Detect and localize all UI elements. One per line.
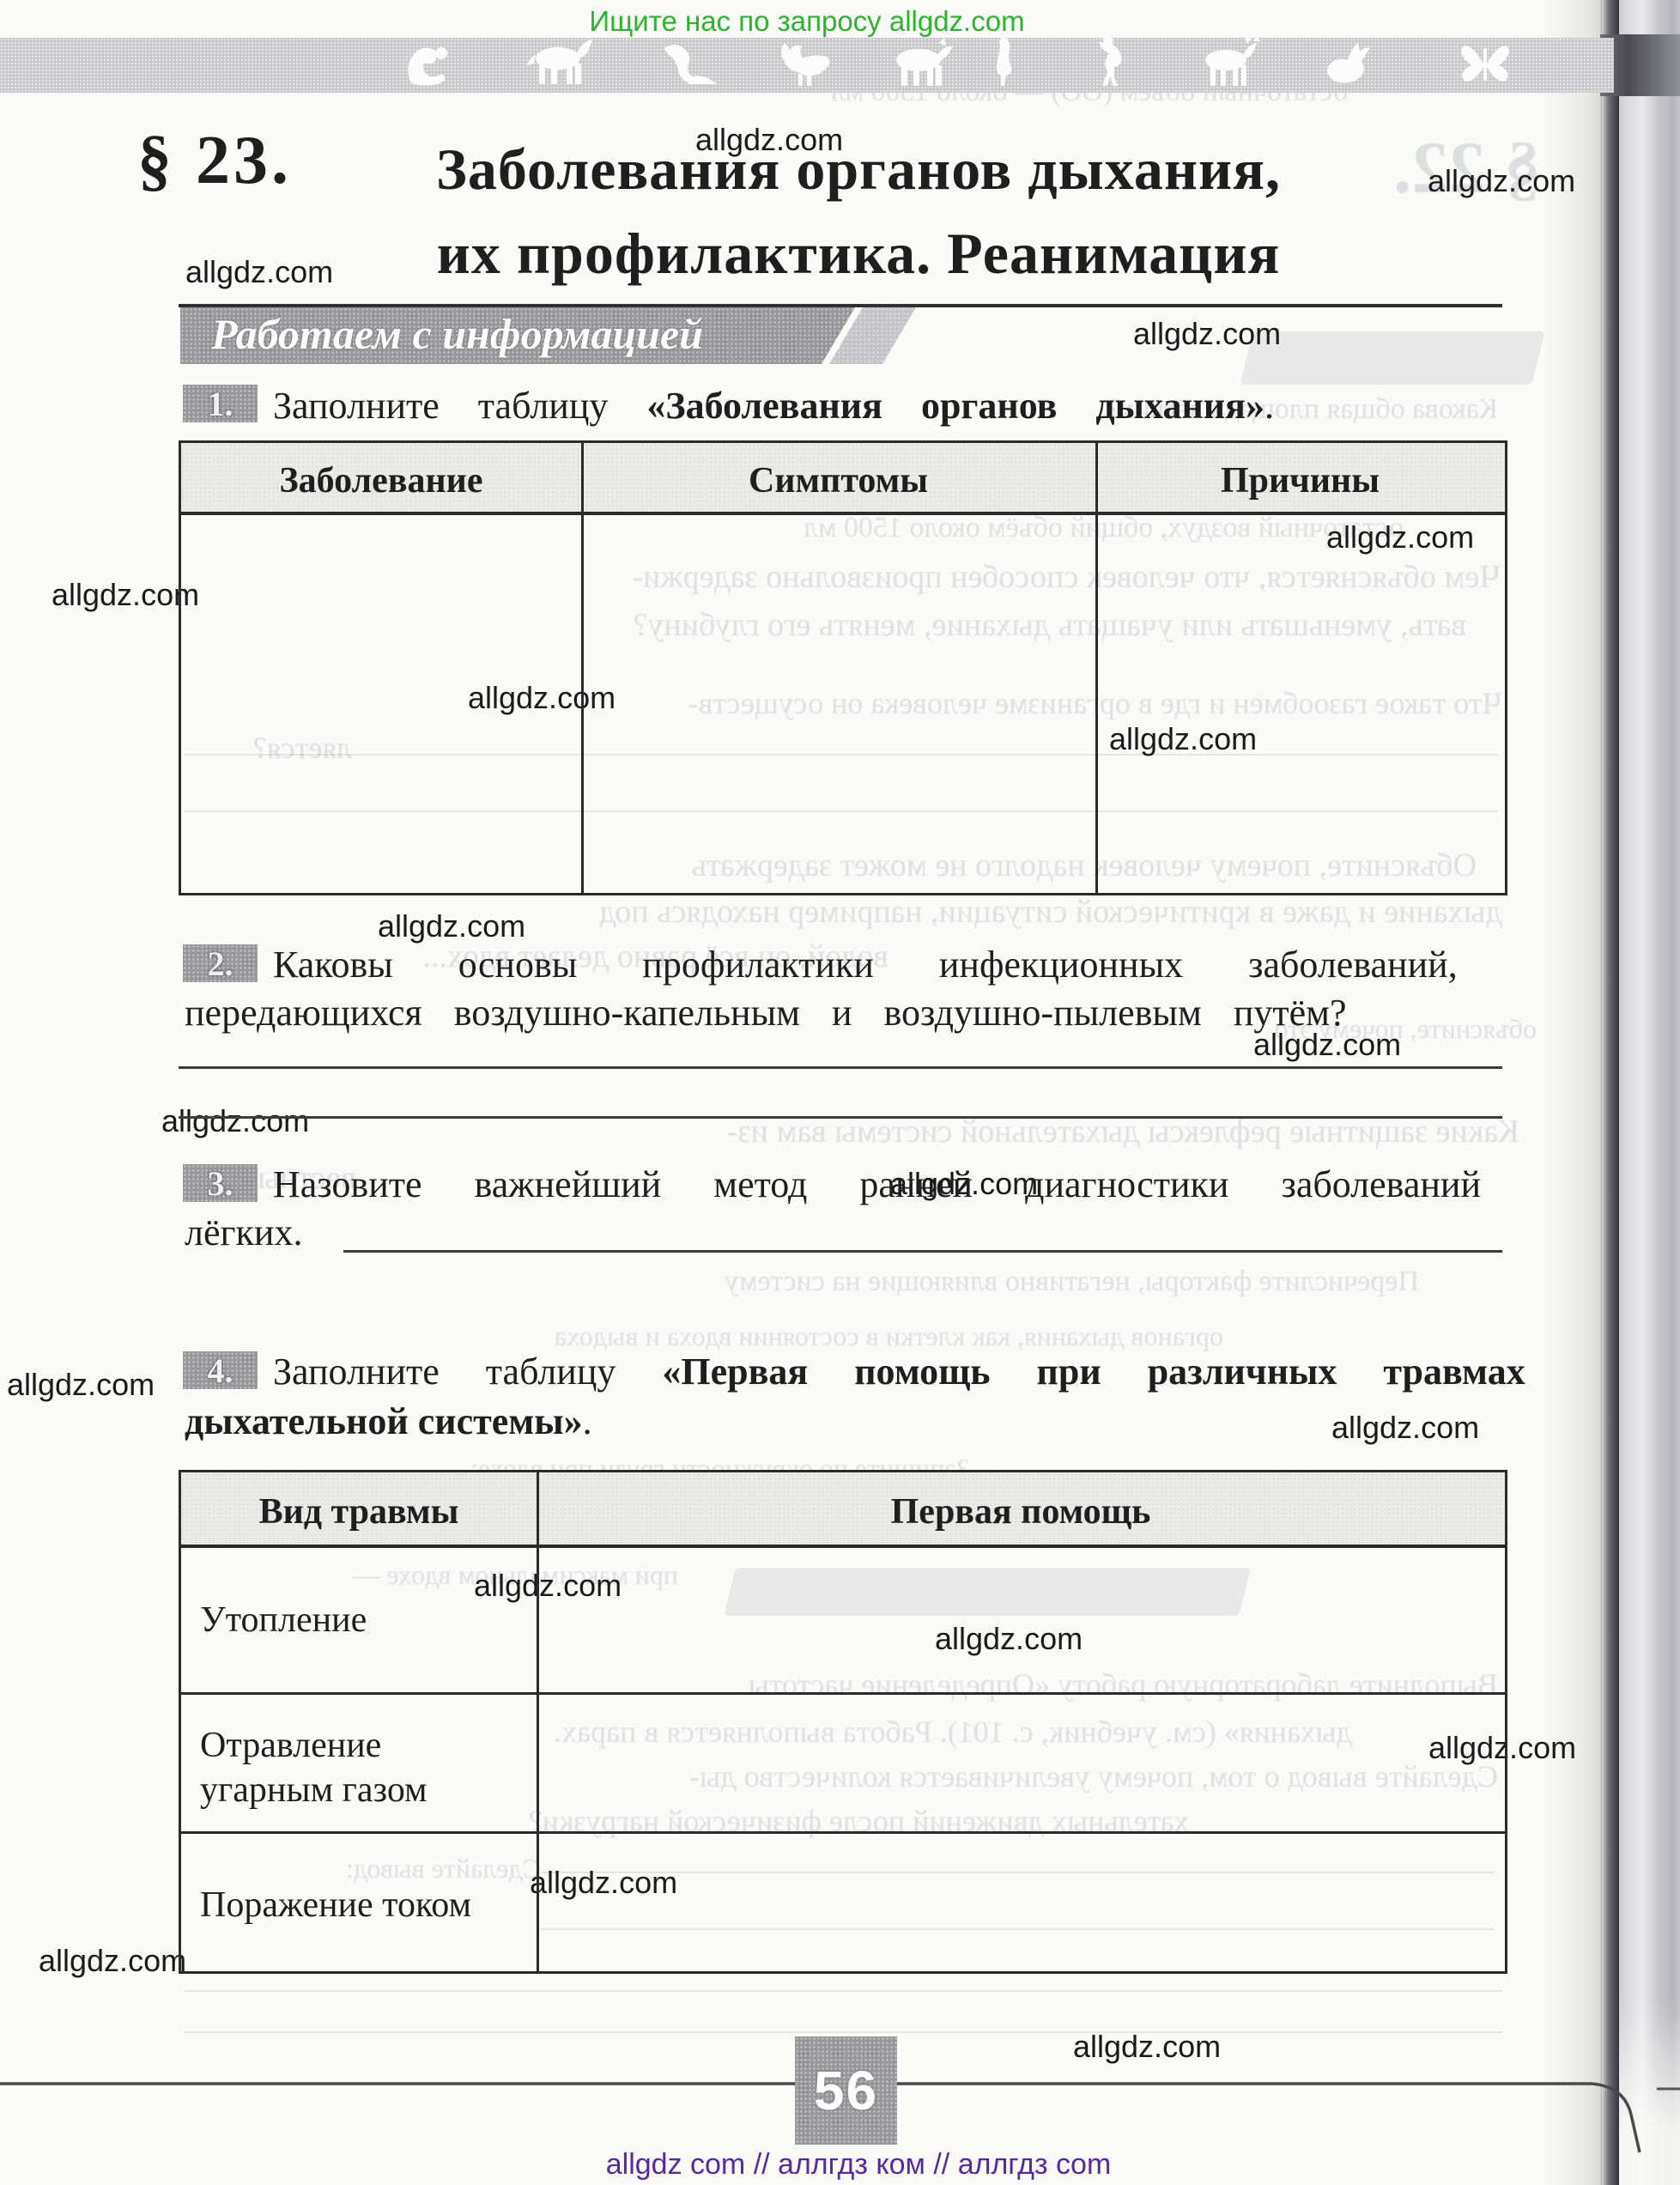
task-4-line1: Заполните таблицу «Первая помощь при раз… bbox=[273, 1348, 1525, 1395]
page-edge-shadow bbox=[1544, 0, 1602, 2185]
task-2-line1: Каковы основы профилактики инфекционных … bbox=[273, 941, 1458, 988]
watermark: allgdz.com bbox=[161, 1103, 309, 1139]
task-2-line2: передающихся воздушно-капельным и воздуш… bbox=[185, 989, 1347, 1036]
watermark: allgdz.com bbox=[1428, 163, 1575, 199]
page-number-box: 56 bbox=[795, 2036, 897, 2145]
diseases-table-divider bbox=[1095, 443, 1098, 893]
page-curl-dark-edge bbox=[1600, 0, 1619, 2185]
section-banner: Работаем с информацией bbox=[180, 307, 858, 364]
diseases-col-header: Причины bbox=[1095, 460, 1505, 501]
diseases-col-header: Симптомы bbox=[581, 460, 1095, 501]
bleed-through-rule bbox=[185, 1990, 1502, 1992]
monkey-silhouette-icon bbox=[403, 41, 453, 86]
page-title-line2: их профилактика. Реанимация bbox=[378, 211, 1339, 295]
watermark: allgdz.com bbox=[1331, 1410, 1479, 1446]
answer-line bbox=[179, 1116, 1502, 1119]
task-1-number: 1. bbox=[183, 385, 258, 422]
ostrich-silhouette-icon bbox=[1089, 33, 1137, 86]
task-2-number: 2. bbox=[183, 944, 258, 982]
first-aid-table: Вид травмы Первая помощь Утопление Отрав… bbox=[179, 1470, 1507, 1974]
diseases-table-divider bbox=[581, 443, 584, 893]
first-aid-row-separator bbox=[181, 1692, 1505, 1695]
deer-silhouette-icon bbox=[1195, 34, 1262, 86]
workbook-page-scan: остаточный объём (ОО) — около 1500 мл § … bbox=[0, 0, 1680, 2185]
animal-silhouette-band bbox=[0, 38, 1614, 93]
page-curl bbox=[1619, 0, 1680, 2185]
watermark: allgdz.com bbox=[1133, 316, 1281, 352]
first-aid-col-header: Первая помощь bbox=[537, 1491, 1505, 1533]
watermark: allgdz.com bbox=[378, 908, 525, 944]
answer-line bbox=[179, 1066, 1502, 1069]
section-banner-label: Работаем с информацией bbox=[211, 309, 703, 359]
watermark: allgdz.com bbox=[52, 577, 199, 613]
horse-silhouette-icon bbox=[525, 38, 594, 86]
diseases-col-header: Заболевание bbox=[181, 460, 581, 501]
paragraph-number: § 23. bbox=[137, 122, 292, 200]
banner-top-rule bbox=[179, 304, 1502, 307]
first-aid-row-separator bbox=[181, 1831, 1505, 1834]
bleed-through-rule bbox=[185, 2031, 1502, 2033]
rooster-silhouette-icon bbox=[773, 36, 834, 86]
task-3-line1: Назовите важнейший метод ранней диагност… bbox=[273, 1161, 1481, 1208]
page-number: 56 bbox=[795, 2036, 897, 2145]
rabbit-silhouette-icon bbox=[1322, 39, 1372, 86]
page-title-line1: Заболевания органов дыхания, bbox=[378, 127, 1339, 211]
page-curl-bottom-fade bbox=[1619, 2000, 1680, 2185]
bleed-through-text: Перечислите факторы, негативно влияющие … bbox=[402, 1265, 1419, 1298]
weasel-silhouette-icon bbox=[663, 39, 719, 86]
task-4-line2: дыхательной системы». bbox=[185, 1398, 592, 1445]
task-3-number: 3. bbox=[183, 1164, 258, 1202]
promo-banner-top: Ищите нас по запросу allgdz.com bbox=[0, 5, 1614, 38]
watermark: allgdz.com bbox=[1073, 2029, 1221, 2065]
diseases-table: Заболевание Симптомы Причины bbox=[179, 440, 1507, 895]
watermark: allgdz.com bbox=[7, 1367, 155, 1403]
first-aid-row-label: Поражение током bbox=[200, 1883, 471, 1927]
first-aid-table-divider bbox=[537, 1472, 539, 1971]
task-3-line2: лёгких. bbox=[185, 1209, 302, 1256]
butterfly-silhouette-icon bbox=[1459, 41, 1511, 86]
task-4-number: 4. bbox=[183, 1351, 258, 1389]
first-aid-col-header: Вид травмы bbox=[181, 1491, 537, 1533]
task-1-text: Заполните таблицу «Заболевания органов д… bbox=[273, 382, 1274, 429]
watermark: allgdz.com bbox=[185, 254, 333, 290]
page-title: Заболевания органов дыхания, их профилак… bbox=[378, 127, 1339, 295]
answer-line bbox=[343, 1250, 1502, 1253]
watermark: allgdz.com bbox=[39, 1943, 186, 1979]
first-aid-row-label: Отравление угарным газом bbox=[200, 1723, 428, 1812]
moose-silhouette-icon bbox=[884, 36, 955, 86]
first-aid-row-label: Утопление bbox=[200, 1598, 367, 1642]
bleed-through-banner bbox=[1240, 331, 1544, 385]
promo-banner-bottom: allgdz com // аллгдз ком // аллгдз com bbox=[592, 2148, 1125, 2182]
standing-bird-silhouette-icon bbox=[987, 34, 1022, 86]
